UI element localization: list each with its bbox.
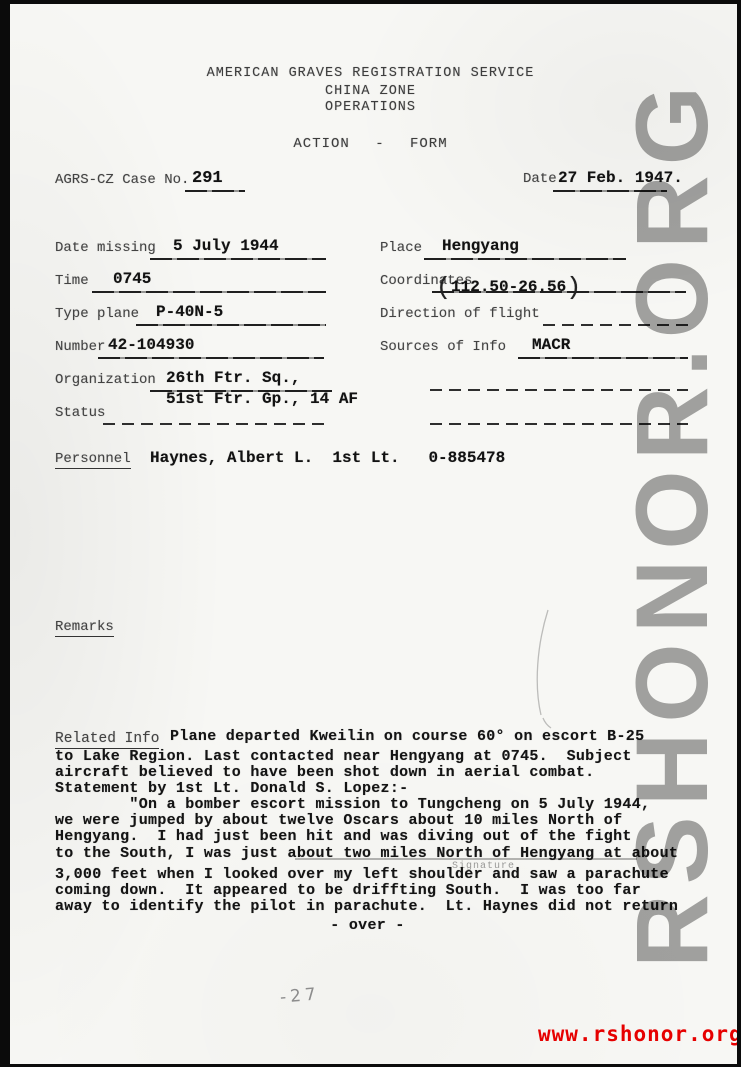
field-time-label: Time bbox=[55, 273, 89, 289]
related-info-line: we were jumped by about twelve Oscars ab… bbox=[55, 812, 622, 829]
scan-border-top bbox=[0, 0, 741, 4]
field-status-label: Status bbox=[55, 405, 105, 421]
related-info-line: Statement by 1st Lt. Donald S. Lopez:- bbox=[55, 780, 408, 797]
field-number-value: 42-104930 bbox=[108, 336, 194, 354]
field-organization-label: Organization bbox=[55, 372, 156, 388]
pencil-page-number: -27 bbox=[279, 984, 320, 1007]
related-info-line: Hengyang. I had just been hit and was di… bbox=[55, 828, 632, 845]
field-number-underline bbox=[98, 357, 324, 359]
case-number-underline bbox=[185, 190, 245, 192]
related-info-line: Plane departed Kweilin on course 60° on … bbox=[170, 728, 644, 745]
related-info-label: Related Info bbox=[55, 731, 159, 749]
scan-border-right bbox=[737, 0, 741, 1067]
scanned-document-page: AMERICAN GRAVES REGISTRATION SERVICE CHI… bbox=[0, 0, 741, 1067]
watermark-text: RSHONOR.ORG bbox=[620, 88, 725, 968]
personnel-label: Personnel bbox=[55, 451, 131, 469]
remarks-label: Remarks bbox=[55, 619, 114, 637]
case-number-label: AGRS-CZ Case No. bbox=[55, 172, 189, 188]
field-sources-label: Sources of Info bbox=[380, 339, 506, 355]
field-date-missing-label: Date missing bbox=[55, 240, 156, 256]
field-date-missing-value: 5 July 1944 bbox=[173, 237, 279, 255]
field-coordinates-value: (112.50-26.56) bbox=[436, 270, 581, 299]
related-info-line: 3,000 feet when I looked over my left sh… bbox=[55, 866, 669, 883]
coordinates-number: 112.50-26.56 bbox=[451, 278, 566, 296]
field-organization-value-line2: 51st Ftr. Gp., 14 AF bbox=[166, 390, 358, 408]
field-type-plane-label: Type plane bbox=[55, 306, 139, 322]
field-place-underline bbox=[424, 258, 626, 260]
personnel-value: Haynes, Albert L. 1st Lt. 0-885478 bbox=[150, 449, 505, 467]
ghost-signature-label: Signature bbox=[452, 861, 515, 872]
field-place-label: Place bbox=[380, 240, 422, 256]
field-status-underline bbox=[103, 423, 331, 425]
pencil-mark-arc bbox=[510, 600, 570, 730]
related-info-line: "On a bomber escort mission to Tungcheng… bbox=[55, 796, 650, 813]
field-time-value: 0745 bbox=[113, 270, 151, 288]
scan-border-left bbox=[0, 0, 10, 1067]
field-organization-value: 26th Ftr. Sq., bbox=[166, 369, 300, 387]
field-time-underline bbox=[92, 291, 326, 293]
footer-url: www.rshonor.org bbox=[538, 1022, 741, 1046]
field-direction-label: Direction of flight bbox=[380, 306, 540, 322]
related-info-line: away to identify the pilot in parachute.… bbox=[55, 898, 678, 915]
related-info-line: aircraft believed to have been shot down… bbox=[55, 764, 594, 781]
coordinates-close-paren: ) bbox=[566, 273, 581, 302]
field-number-label: Number bbox=[55, 339, 105, 355]
related-info-line: to Lake Region. Last contacted near Heng… bbox=[55, 748, 632, 765]
related-info-line: coming down. It appeared to be driffting… bbox=[55, 882, 641, 899]
case-number-value: 291 bbox=[192, 169, 223, 188]
field-type-plane-underline bbox=[136, 324, 326, 326]
field-type-plane-value: P-40N-5 bbox=[156, 303, 223, 321]
field-sources-value: MACR bbox=[532, 336, 570, 354]
coordinates-open-paren: ( bbox=[436, 273, 451, 302]
ghost-signature-line bbox=[295, 858, 637, 860]
field-date-missing-underline bbox=[150, 258, 326, 260]
date-label: Date bbox=[523, 171, 557, 187]
field-place-value: Hengyang bbox=[442, 237, 519, 255]
